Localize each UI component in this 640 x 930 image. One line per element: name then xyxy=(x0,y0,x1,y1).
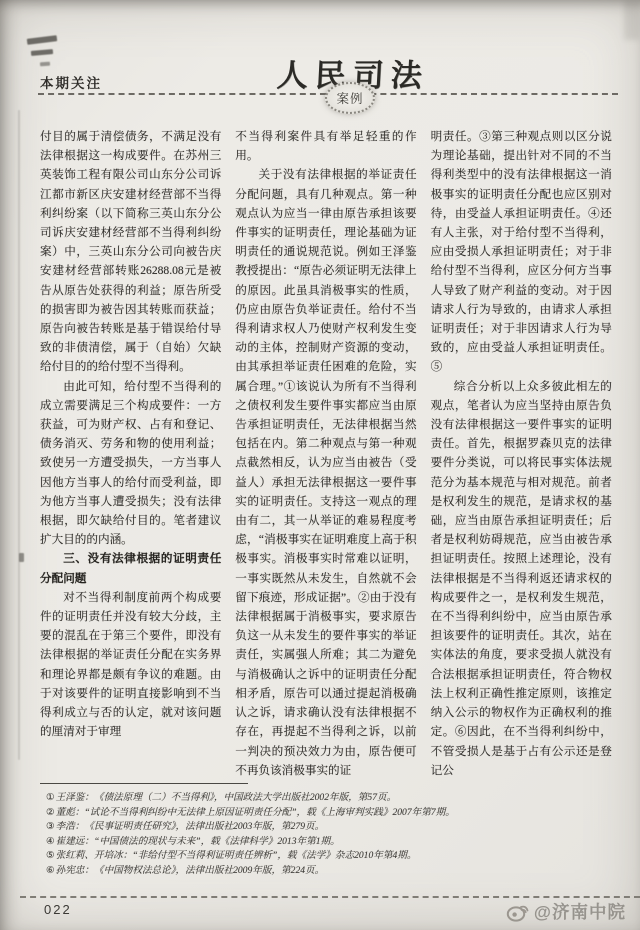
scan-smudge xyxy=(31,49,53,56)
watermark: @济南中院 xyxy=(506,899,626,924)
paragraph-continuation: 不当得利案件具有举足轻重的作用。 xyxy=(235,127,416,165)
footnote-marker: ④ xyxy=(46,836,55,847)
footnote-divider xyxy=(40,783,248,784)
page-number: 022 xyxy=(44,902,72,917)
text-column-3: 明责任。③第三种观点则以区分说为理论基础，提出针对不同的不当得利类型中的没有法律… xyxy=(431,127,612,727)
text-column-2: 不当得利案件具有举足轻重的作用。 关于没有法律根据的举证责任分配问题，具有几种观… xyxy=(235,127,416,727)
footnote-text: 王泽鉴：《债法原理（二）不当得利》，中国政法大学出版社2002年版，第57页。 xyxy=(56,792,397,803)
paragraph-continuation: 付目的属于清偿债务，不满足没有法律根据这一构成要件。在苏州三英装饰工程有限公司山… xyxy=(40,127,221,377)
footnote-text: 孙宪忠：《中国物权法总论》，法律出版社2009年版，第224页。 xyxy=(56,865,325,876)
watermark-text: @济南中院 xyxy=(534,899,626,924)
paragraph-continuation: 明责任。③第三种观点则以区分说为理论基础，提出针对不同的不当得利类型中的没有法律… xyxy=(431,127,612,377)
footnote-marker: ⑤ xyxy=(46,850,55,861)
footer-divider xyxy=(20,896,640,898)
journal-page: 本期关注 人民司法 案例 付目的属于清偿债务，不满足没有法律根据这一构成要件。在… xyxy=(0,0,640,930)
footnote: ①王泽鉴：《债法原理（二）不当得利》，中国政法大学出版社2002年版，第57页。 xyxy=(46,791,614,806)
footnote-text: 崔建远：“中国债法的现状与未来”，载《法律科学》2013年第1期。 xyxy=(56,836,340,847)
scan-smudge xyxy=(27,35,58,45)
scan-speck xyxy=(19,553,24,562)
case-badge-seal: 案例 xyxy=(325,82,375,114)
footnote-marker: ⑥ xyxy=(46,865,55,876)
text-column-1: 付目的属于清偿债务，不满足没有法律根据这一构成要件。在苏州三英装饰工程有限公司山… xyxy=(40,127,221,727)
footnote: ④崔建远：“中国债法的现状与未来”，载《法律科学》2013年第1期。 xyxy=(46,835,614,850)
scan-shadow xyxy=(624,0,640,40)
paragraph: 对不当得利制度前两个构成要件的证明责任并没有较大分歧，主要的混乱在于第三个要件，… xyxy=(40,588,221,742)
footnote-marker: ① xyxy=(46,792,55,803)
footnote: ②董彪：“试论不当得利纠纷中无法律上原因证明责任分配”，载《上海审判实践》200… xyxy=(46,806,614,821)
weibo-icon xyxy=(506,901,530,923)
footnote: ③李浩：《民事证明责任研究》，法律出版社2003年版，第279页。 xyxy=(46,820,614,835)
footnote-marker: ② xyxy=(46,807,55,818)
footnote-text: 李浩：《民事证明责任研究》，法律出版社2003年版，第279页。 xyxy=(56,821,325,832)
section-label: 本期关注 xyxy=(40,72,102,92)
article-body: 付目的属于清偿债务，不满足没有法律根据这一构成要件。在苏州三英装饰工程有限公司山… xyxy=(40,127,612,727)
scan-edge-line xyxy=(18,110,20,760)
footnotes: ①王泽鉴：《债法原理（二）不当得利》，中国政法大学出版社2002年版，第57页。… xyxy=(46,791,614,879)
footnote-text: 张红莉、开培冰：“非给付型不当得利证明责任辨析”，载《法学》杂志2010年第4期… xyxy=(56,850,417,861)
footnote: ⑤张红莉、开培冰：“非给付型不当得利证明责任辨析”，载《法学》杂志2010年第4… xyxy=(46,849,614,864)
paragraph: 由此可知，给付型不当得利的成立需要满足三个构成要件：一方获益，可为财产权、占有和… xyxy=(40,377,221,550)
footnote-text: 董彪：“试论不当得利纠纷中无法律上原因证明责任分配”，载《上海审判实践》2007… xyxy=(56,807,455,818)
section-heading: 三、没有法律根据的证明责任分配问题 xyxy=(40,549,221,587)
paragraph: 关于没有法律根据的举证责任分配问题，具有几种观点。第一种观点认为应当一律由原告承… xyxy=(235,165,416,780)
scan-smudge xyxy=(40,62,50,67)
paragraph: 综合分析以上众多彼此相左的观点，笔者认为应当坚持由原告负没有法律根据这一要件事实… xyxy=(431,377,612,780)
footnote: ⑥孙宪忠：《中国物权法总论》，法律出版社2009年版，第224页。 xyxy=(46,864,614,879)
footnote-marker: ③ xyxy=(46,821,55,832)
